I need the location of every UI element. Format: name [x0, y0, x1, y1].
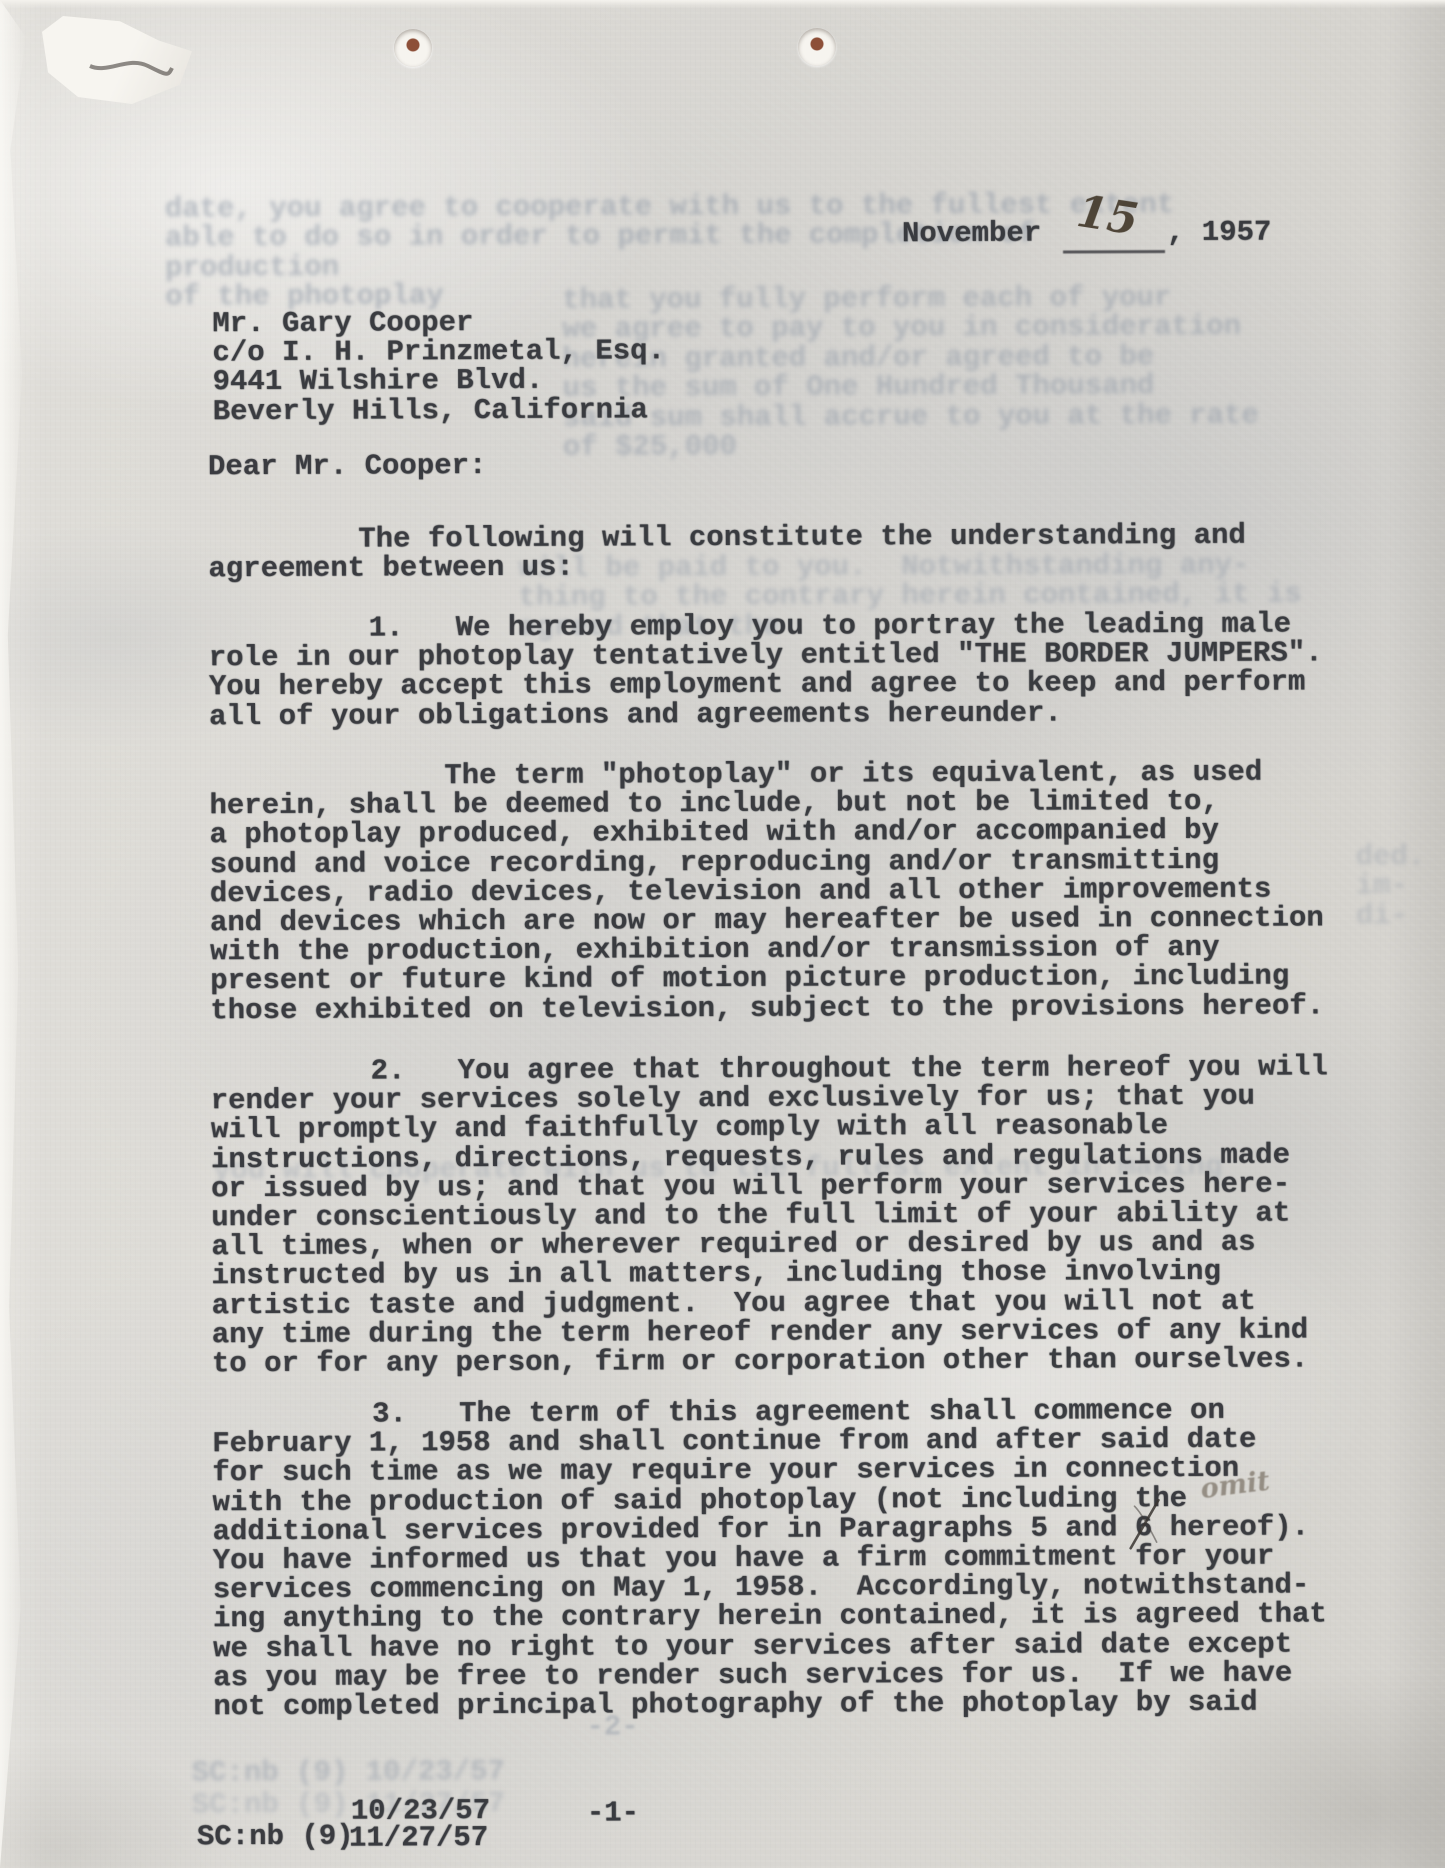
paragraph-1: 1. We hereby employ you to portray the l…	[209, 609, 1399, 731]
handwritten-day: 15	[1074, 190, 1141, 243]
recipient-address: Mr. Gary Cooper c/o I. H. Prinzmetal, Es…	[212, 304, 1402, 426]
punch-hole-left	[394, 29, 432, 67]
tear-shadow-mark	[88, 46, 174, 86]
strike-mark	[1122, 1496, 1168, 1552]
date-year: , 1957	[1167, 217, 1387, 247]
punch-hole-right	[798, 28, 836, 66]
bleed-through-footer-line1: SC:nb (9) 10/23/57	[192, 1755, 892, 1787]
paragraph-2: 2. You agree that throughout the term he…	[211, 1052, 1402, 1378]
letter-page: date, you agree to cooperate with us to …	[0, 0, 1445, 1868]
paragraph-term-definition: The term "photoplay" or its equivalent, …	[209, 757, 1400, 1025]
paragraph-3: 3. The term of this agreement shall comm…	[212, 1395, 1403, 1721]
letter-content: date, you agree to cooperate with us to …	[0, 0, 1445, 1868]
salutation: Dear Mr. Cooper:	[208, 447, 1398, 481]
page-number: -1-	[587, 1798, 707, 1828]
paragraph-intro: The following will constitute the unders…	[208, 520, 1398, 584]
